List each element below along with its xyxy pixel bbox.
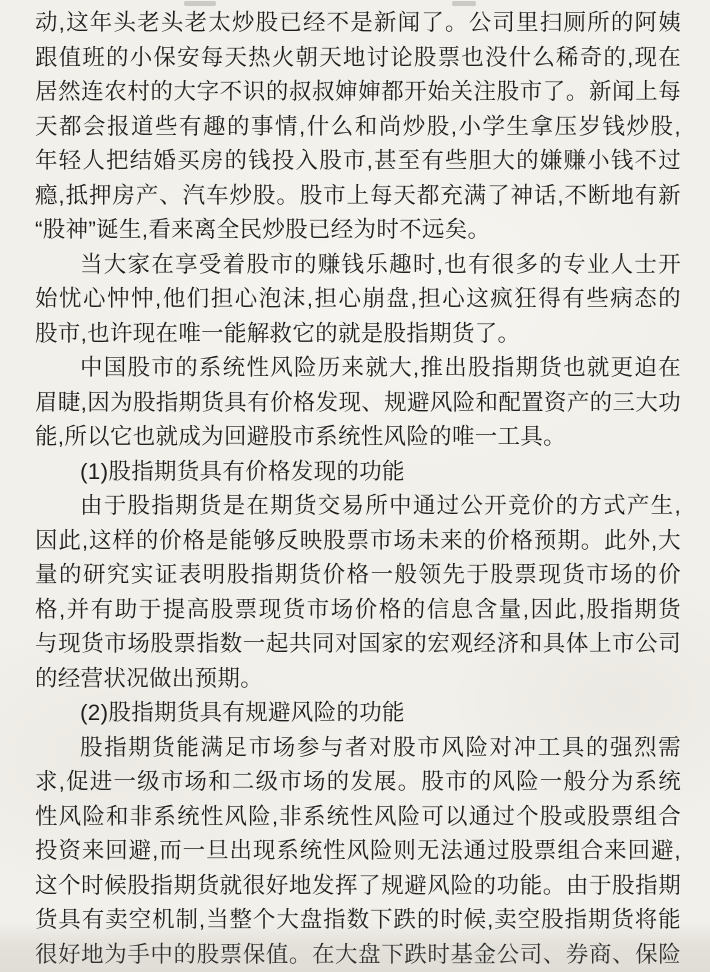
text-line: “股神”诞生,看来离全民炒股已经为时不远矣。 bbox=[35, 213, 681, 248]
text-line: 当大家在享受着股市的赚钱乐趣时,也有很多的专业人士开 bbox=[35, 248, 681, 283]
text-line: 股市,也许现在唯一能解救它的就是股指期货了。 bbox=[35, 317, 681, 352]
text-line: 始忧心忡忡,他们担心泡沫,担心崩盘,担心这疯狂得有些病态的 bbox=[35, 282, 681, 317]
text-line: 量的研究实证表明股指期货价格一般领先于股票现货市场的价 bbox=[35, 558, 681, 593]
text-line: 投资来回避,而一旦出现系统性风险则无法通过股票组合来回避, bbox=[35, 834, 681, 869]
text-line: 由于股指期货是在期货交易所中通过公开竞价的方式产生, bbox=[35, 489, 681, 524]
text-line: 性风险和非系统性风险,非系统性风险可以通过个股或股票组合 bbox=[35, 800, 681, 835]
text-line: 股指期货能满足市场参与者对股市风险对冲工具的强烈需 bbox=[35, 731, 681, 766]
scanned-book-page: 动,这年头老头老太炒股已经不是新闻了。公司里扫厕所的阿姨跟值班的小保安每天热火朝… bbox=[0, 0, 710, 972]
text-line: 与现货市场股票指数一起共同对国家的宏观经济和具体上市公司 bbox=[35, 627, 681, 662]
text-line: 很好地为手中的股票保值。在大盘下跌时基金公司、券商、保险公 bbox=[35, 938, 681, 972]
text-line: (2)股指期货具有规避风险的功能 bbox=[35, 696, 681, 731]
text-line: 中国股市的系统性风险历来就大,推出股指期货也就更迫在 bbox=[35, 351, 681, 386]
text-line: 居然连农村的大字不识的叔叔婶婶都开始关注股市了。新闻上每 bbox=[35, 75, 681, 110]
text-line: 这个时候股指期货就很好地发挥了规避风险的功能。由于股指期 bbox=[35, 869, 681, 904]
page-text: 动,这年头老头老太炒股已经不是新闻了。公司里扫厕所的阿姨跟值班的小保安每天热火朝… bbox=[35, 6, 681, 972]
text-line: (1)股指期货具有价格发现的功能 bbox=[35, 455, 681, 490]
text-line: 货具有卖空机制,当整个大盘指数下跌的时候,卖空股指期货将能 bbox=[35, 903, 681, 938]
text-line: 动,这年头老头老太炒股已经不是新闻了。公司里扫厕所的阿姨 bbox=[35, 6, 681, 41]
text-line: 求,促进一级市场和二级市场的发展。股市的风险一般分为系统 bbox=[35, 765, 681, 800]
text-line: 年轻人把结婚买房的钱投入股市,甚至有些胆大的嫌赚小钱不过 bbox=[35, 144, 681, 179]
text-line: 跟值班的小保安每天热火朝天地讨论股票也没什么稀奇的,现在 bbox=[35, 41, 681, 76]
text-line: 格,并有助于提高股票现货市场价格的信息含量,因此,股指期货 bbox=[35, 593, 681, 628]
text-line: 天都会报道些有趣的事情,什么和尚炒股,小学生拿压岁钱炒股, bbox=[35, 110, 681, 145]
text-line: 瘾,抵押房产、汽车炒股。股市上每天都充满了神话,不断地有新 bbox=[35, 179, 681, 214]
text-line: 的经营状况做出预期。 bbox=[35, 662, 681, 697]
text-line: 眉睫,因为股指期货具有价格发现、规避风险和配置资产的三大功 bbox=[35, 386, 681, 421]
text-line: 因此,这样的价格是能够反映股票市场未来的价格预期。此外,大 bbox=[35, 524, 681, 559]
text-line: 能,所以它也就成为回避股市系统性风险的唯一工具。 bbox=[35, 420, 681, 455]
